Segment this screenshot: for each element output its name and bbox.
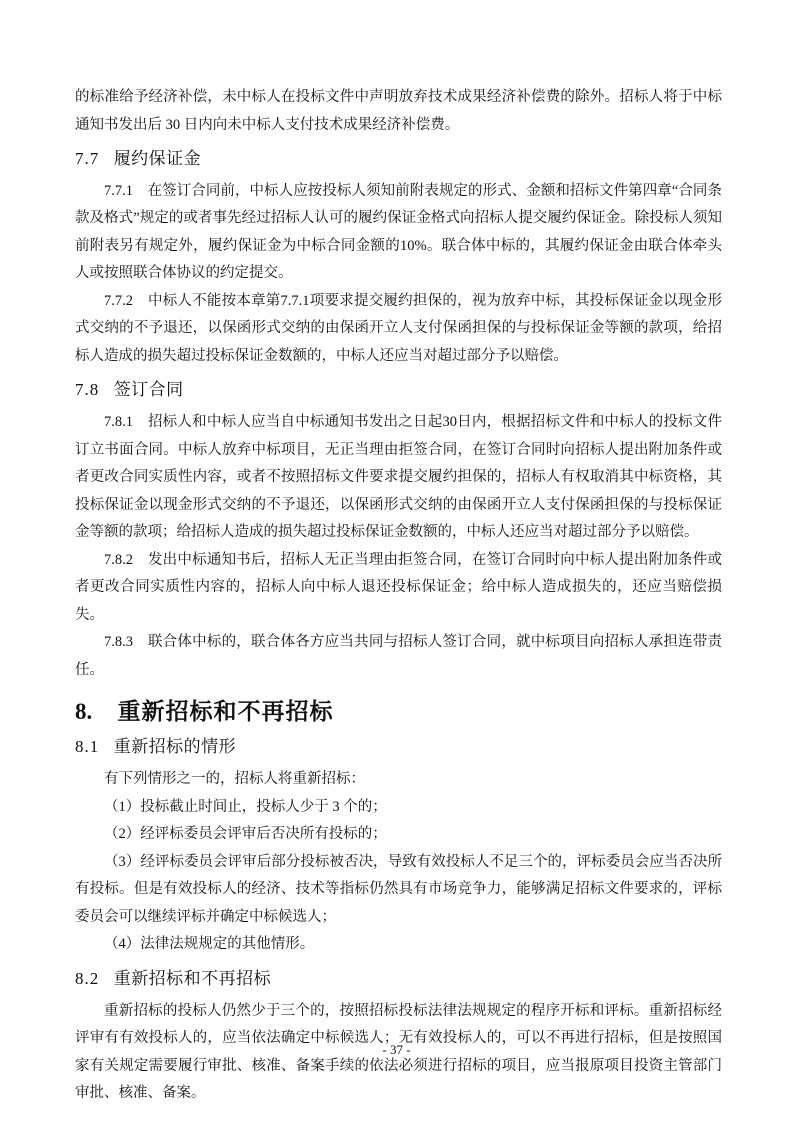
document-page: 的标准给予经济补偿，未中标人在投标文件中声明放弃技术成果经济补偿费的除外。招标人… (0, 0, 793, 1122)
section-number: 8.1 (75, 737, 99, 756)
section-heading-7-7: 7.7履约保证金 (75, 148, 722, 171)
chapter-title: 重新招标和不再招标 (118, 699, 334, 724)
chapter-number: 8. (75, 699, 92, 724)
section-title: 履约保证金 (114, 149, 202, 168)
section-heading-7-8: 7.8签订合同 (75, 379, 722, 402)
chapter-heading-8: 8.重新招标和不再招标 (75, 696, 722, 727)
section-title: 签订合同 (114, 380, 184, 399)
section-title: 重新招标的情形 (114, 737, 237, 756)
section-title: 重新招标和不再招标 (114, 969, 272, 988)
page-number: - 37 - (0, 1042, 793, 1058)
paragraph-8-1-intro: 有下列情形之一的，招标人将重新招标： (75, 766, 722, 794)
paragraph-7-7-1: 7.7.1 在签订合同前，中标人应按投标人须知前附表规定的形式、金额和招标文件第… (75, 178, 722, 288)
paragraph-7-7-2: 7.7.2 中标人不能按本章第7.7.1项要求提交履约担保的，视为放弃中标，其投… (75, 288, 722, 371)
paragraph-7-8-3: 7.8.3 联合体中标的，联合体各方应当共同与招标人签订合同，就中标项目向招标人… (75, 629, 722, 684)
section-number: 8.2 (75, 969, 99, 988)
section-number: 7.7 (75, 149, 99, 168)
paragraph-7-8-2: 7.8.2 发出中标通知书后，招标人无正当理由拒签合同，在签订合同时向中标人提出… (75, 547, 722, 630)
list-item-1: （1）投标截止时间止，投标人少于 3 个的； (75, 794, 722, 822)
paragraph-7-8-1: 7.8.1 招标人和中标人应当自中标通知书发出之日起30日内，根据招标文件和中标… (75, 409, 722, 547)
paragraph-continuation: 的标准给予经济补偿，未中标人在投标文件中声明放弃技术成果经济补偿费的除外。招标人… (75, 84, 722, 139)
document-body: 的标准给予经济补偿，未中标人在投标文件中声明放弃技术成果经济补偿费的除外。招标人… (75, 84, 722, 1108)
list-item-3: （3）经评标委员会评审后部分投标被否决，导致有效投标人不足三个的，评标委员会应当… (75, 849, 722, 932)
list-item-2: （2）经评标委员会评审后否决所有投标的； (75, 821, 722, 849)
section-heading-8-1: 8.1重新招标的情形 (75, 736, 722, 759)
list-item-4: （4）法律法规规定的其他情形。 (75, 931, 722, 959)
section-number: 7.8 (75, 380, 99, 399)
section-heading-8-2: 8.2重新招标和不再招标 (75, 968, 722, 991)
